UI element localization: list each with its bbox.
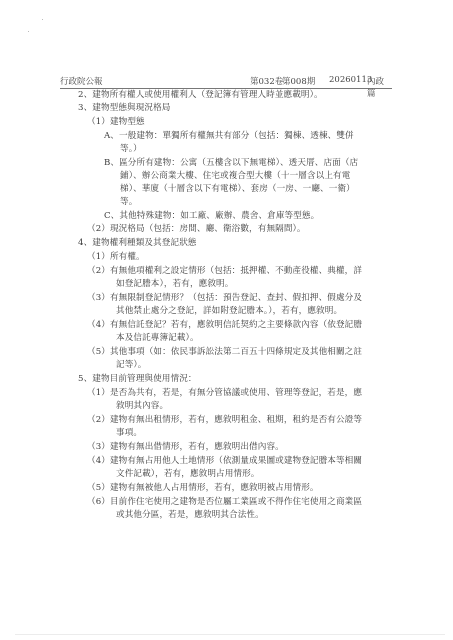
- publish-date: 20260113: [329, 75, 372, 85]
- text-line: （2）建物有無出租情形，若有，應敘明租金、租期，租約是否有公證等: [87, 414, 362, 426]
- volume-number: 第032卷: [250, 75, 283, 87]
- text-line: （2）有無他項權利之設定情形（包括：抵押權、不動產役權、典權，詳: [87, 265, 362, 277]
- text-line: （3）有無限制登記情形？（包括：預告登記、查封、假扣押、假處分及: [87, 292, 362, 304]
- text-line: 鋪）、辦公商業大樓、住宅或複合型大樓（十一層含以上有電: [120, 170, 350, 182]
- text-line: 如登記謄本），若有，應敘明。: [116, 278, 233, 290]
- text-line: 本及信託專簿記載）。: [116, 332, 199, 344]
- text-line: （2）現況格局（包括：房間、廳、衛浴數，有無隔間）。: [87, 223, 306, 235]
- issue-number: 第008期: [282, 75, 315, 87]
- text-line: 2、建物所有權人或使用權利人（登記簿有管理人時並應載明）。: [78, 89, 323, 101]
- text-line: 記等）。: [116, 359, 146, 371]
- page-header: 行政院公報 第032卷 第008期 20260113 內政篇: [60, 74, 392, 89]
- text-line: 3、建物型態與現況格局: [78, 102, 171, 114]
- text-line: （6）目前作住宅使用之建物是否位屬工業區或不得作住宅使用之商業區: [87, 496, 362, 508]
- scan-speck: [42, 19, 43, 20]
- text-line: （1）建物型態: [87, 116, 145, 128]
- text-line: 等。）: [120, 143, 142, 155]
- text-line: （5）建物有無被他人占用情形，若有，應敘明被占用情形。: [87, 482, 319, 494]
- document-page: 行政院公報 第032卷 第008期 20260113 內政篇 2、建物所有權人或…: [0, 0, 453, 640]
- text-line: A、一般建物：單獨所有權無共有部分（包括：獨棟、透棟、雙併: [104, 130, 354, 142]
- page-bottom-edge: [15, 634, 445, 635]
- text-line: C、其他特殊建物：如工廠、廠辦、農舍、倉庫等型態。: [104, 210, 319, 222]
- text-line: 其他禁止處分之登記，詳如附登記謄本。），若有，應敘明。: [116, 305, 342, 317]
- text-line: 4、建物權利種類及其登記狀態: [78, 237, 197, 249]
- text-line: （4）建物有無占用他人土地情形（依測量成果圖或建物登記謄本等相關: [87, 455, 362, 467]
- scan-speck: [28, 31, 29, 32]
- publication-name: 行政院公報: [60, 75, 103, 87]
- text-line: B、區分所有建物：公寓（五樓含以下無電梯）、透天厝、店面（店: [104, 157, 358, 169]
- text-line: 事項。: [116, 427, 142, 439]
- text-line: 文件記載），若有，應敘明占用情形。: [116, 468, 260, 480]
- text-line: （5）其他事項（如：依民事訴訟法第二百五十四條規定及其他相關之註: [87, 346, 362, 358]
- text-line: 敘明其內容。: [116, 400, 168, 412]
- section-category: 內政篇: [367, 75, 392, 99]
- text-line: （1）所有權。: [87, 251, 145, 263]
- text-line: 或其他分區，若是，應敘明其合法性。: [116, 509, 264, 521]
- text-line: 等。: [120, 196, 137, 208]
- text-line: 5、建物目前管理與使用情況：: [78, 373, 197, 385]
- text-line: （3）建物有無出借情形，若有，應敘明出借內容。: [87, 441, 284, 453]
- text-line: （4）有無信託登記？若有，應敘明信託契約之主要條款內容（依登記謄: [87, 319, 362, 331]
- text-line: （1）是否為共有，若是，有無分管協議或使用、管理等登記，若是，應: [87, 387, 362, 399]
- text-line: 梯）、華廈（十層含以下有電梯）、套房（一房、一廳、一衛）: [120, 183, 355, 195]
